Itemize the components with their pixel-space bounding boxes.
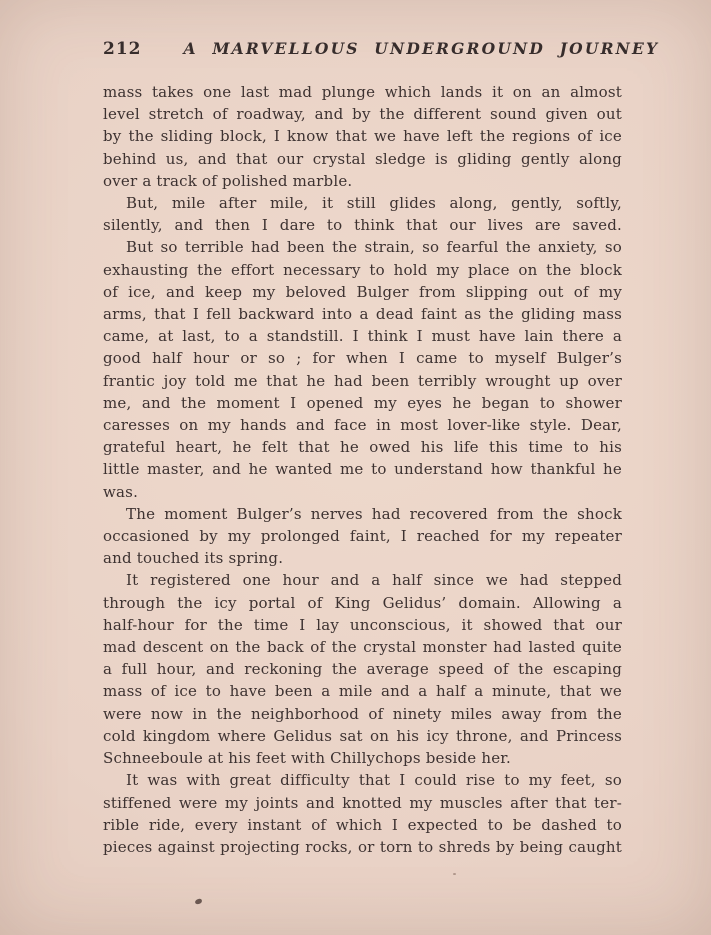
text-line: me, and the moment I opened my eyes he b… <box>103 392 622 414</box>
text-line: arms, that I fell backward into a dead f… <box>103 303 622 325</box>
text-line: through the icy portal of King Gelidus’ … <box>103 592 622 614</box>
text-line: little master, and he wanted me to under… <box>103 458 622 480</box>
paragraph: But so terrible had been the strain, so … <box>103 236 622 502</box>
text-line: rible ride, every instant of which I exp… <box>103 814 622 836</box>
text-line: and touched its spring. <box>103 547 622 569</box>
paragraph: It registered one hour and a half since … <box>103 569 622 769</box>
text-line: frantic joy told me that he had been ter… <box>103 370 622 392</box>
text-line: It registered one hour and a half since … <box>103 569 622 591</box>
text-line: But so terrible had been the strain, so … <box>103 236 622 258</box>
text-line: The moment Bulger’s nerves had recovered… <box>103 503 622 525</box>
text-line: pieces against projecting rocks, or torn… <box>103 836 622 858</box>
text-block: mass takes one last mad plunge which lan… <box>103 81 622 858</box>
text-line: half-hour for the time I lay unconscious… <box>103 614 622 636</box>
text-line: of ice, and keep my beloved Bulger from … <box>103 281 622 303</box>
text-line: silently, and then I dare to think that … <box>103 214 622 236</box>
text-line: caresses on my hands and face in most lo… <box>103 414 622 436</box>
text-line: occasioned by my prolonged faint, I reac… <box>103 525 622 547</box>
text-line: But, mile after mile, it still glides al… <box>103 192 622 214</box>
text-line: exhausting the effort necessary to hold … <box>103 259 622 281</box>
paragraph: It was with great difficulty that I coul… <box>103 769 622 858</box>
ink-speck-mark <box>453 873 456 875</box>
text-line: over a track of polished marble. <box>103 170 622 192</box>
running-head: 212 A MARVELLOUS UNDERGROUND JOURNEY <box>103 39 622 59</box>
text-line: level stretch of roadway, and by the dif… <box>103 103 622 125</box>
book-page-scan: 212 A MARVELLOUS UNDERGROUND JOURNEY mas… <box>0 0 711 935</box>
text-line: cold kingdom where Gelidus sat on his ic… <box>103 725 622 747</box>
text-line: behind us, and that our crystal sledge i… <box>103 148 622 170</box>
text-line: stiffened were my joints and knotted my … <box>103 792 622 814</box>
paragraph: mass takes one last mad plunge which lan… <box>103 81 622 192</box>
text-line: mass takes one last mad plunge which lan… <box>103 81 622 103</box>
text-line: was. <box>103 481 622 503</box>
text-line: a full hour, and reckoning the average s… <box>103 658 622 680</box>
paragraph: The moment Bulger’s nerves had recovered… <box>103 503 622 570</box>
ink-smudge-mark <box>195 898 203 904</box>
paragraph: But, mile after mile, it still glides al… <box>103 192 622 236</box>
text-line: mad descent on the back of the crystal m… <box>103 636 622 658</box>
text-line: came, at last, to a standstill. I think … <box>103 325 622 347</box>
text-line: good half hour or so ; for when I came t… <box>103 347 622 369</box>
text-line: by the sliding block, I know that we hav… <box>103 125 622 147</box>
page-number: 212 <box>103 39 142 59</box>
text-line: grateful heart, he felt that he owed his… <box>103 436 622 458</box>
running-title: A MARVELLOUS UNDERGROUND JOURNEY <box>184 39 660 58</box>
text-line: Schneeboule at his feet with Chillychops… <box>103 747 622 769</box>
text-line: were now in the neighborhood of ninety m… <box>103 703 622 725</box>
text-line: mass of ice to have been a mile and a ha… <box>103 680 622 702</box>
text-line: It was with great difficulty that I coul… <box>103 769 622 791</box>
